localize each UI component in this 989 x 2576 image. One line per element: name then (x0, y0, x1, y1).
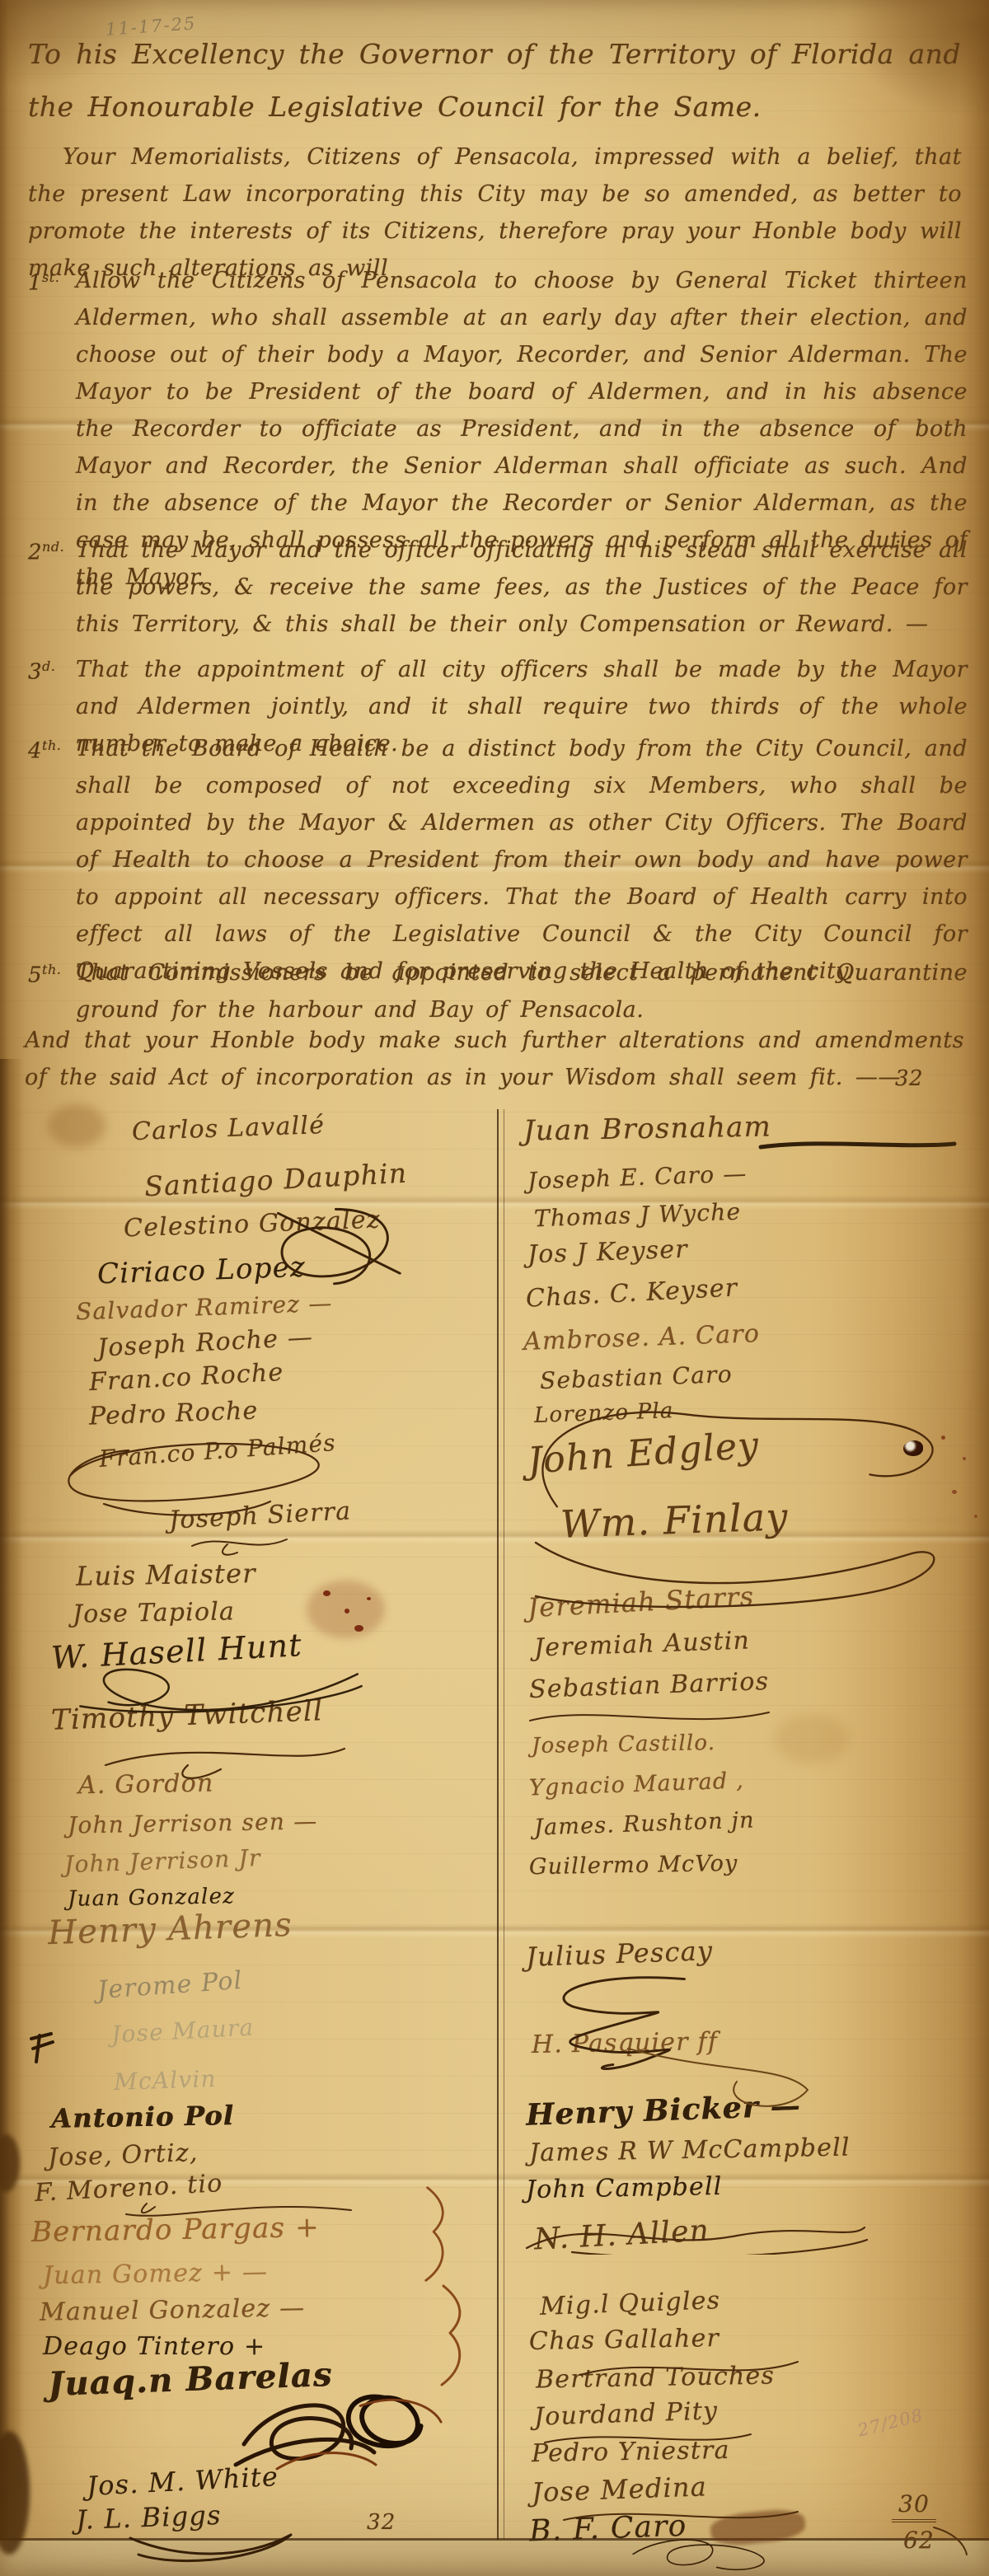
signature: Joseph E. Caro — (527, 1159, 748, 1194)
signature: James R W McCampbell (529, 2133, 851, 2168)
article-3-number: 3d. (28, 648, 55, 691)
right-column-tally: 30 (892, 2490, 936, 2522)
article-1-number: 1st. (28, 259, 59, 302)
stain (48, 1104, 105, 1147)
signature: Juan Gomez + — (43, 2258, 269, 2291)
signature: Jourdand Pity (533, 2396, 718, 2432)
article-5-text: That Commissioners be appointed to selec… (76, 960, 968, 1023)
signature: John Campbell (526, 2172, 723, 2204)
signature: Jerome Pol (96, 1966, 244, 2005)
backing-surface (0, 2541, 989, 2576)
signature: Jeremiah Austin (533, 1626, 750, 1662)
signature: Juaq.n Barelas (47, 2355, 333, 2404)
document-page: 11-17-25 To his Excellency the Governor … (0, 0, 989, 2576)
signature: Sebastian Barrios (528, 1667, 769, 1704)
signature: Jos. M. White (86, 2461, 279, 2502)
stain (775, 1714, 849, 1763)
signature: John Jerrison Jr (63, 1844, 261, 1878)
article-2-text: That the Mayor and the officer officiati… (76, 537, 968, 637)
left-paper-edge (0, 0, 8, 1063)
document-heading: To his Excellency the Governor of the Te… (28, 28, 961, 133)
signature: Henry Bicker — (525, 2088, 801, 2133)
signature: Ciriaco Lopez (96, 1251, 306, 1291)
signature: Fran.co Roche (88, 1358, 284, 1397)
signature: Joseph Castillo. (532, 1731, 716, 1759)
signature-column-divider (497, 1109, 504, 2540)
signature: John Jerrison sen — (68, 1807, 318, 1838)
ink-blot (903, 1440, 923, 1456)
edge-stain (0, 2134, 20, 2192)
signature: Antonio Pol (51, 2100, 235, 2134)
signature: Ambrose. A. Caro (523, 1319, 760, 1356)
signature: Celestino Gonzalez (123, 1206, 381, 1244)
signature: Bertrand Touches (536, 2361, 776, 2394)
signature: McAlvin (113, 2065, 217, 2096)
flourish (526, 1703, 773, 1734)
signature: B. F. Caro (528, 2509, 687, 2549)
signature: John Edgley (527, 1424, 761, 1482)
signature: Joseph Roche — (96, 1323, 314, 1363)
page-count-annotation: 32 (895, 1066, 923, 1091)
signature: Fran.co P.o Palmés (98, 1429, 337, 1473)
article-4-text: That the Board of Health be a distinct b… (76, 736, 968, 984)
signature: H. Pasquier ff (532, 2027, 719, 2059)
margin-mark (28, 2032, 56, 2065)
signature: N. H. Allen (533, 2213, 710, 2256)
signature: Jeremiah Starrs (527, 1581, 755, 1623)
signature: Bernardo Pargas + (31, 2211, 321, 2249)
signature: Salvador Ramirez — (76, 1290, 334, 1326)
signature: Sebastian Caro (539, 1361, 733, 1394)
flourish (757, 1137, 959, 1154)
signature: F. Moreno. tio (34, 2169, 223, 2208)
left-paper-edge (0, 1059, 25, 2542)
closing-paragraph: And that your Honble body make such furt… (25, 1022, 964, 1096)
left-column-tally: 32 (367, 2510, 396, 2535)
signature: A. Gordon (78, 1769, 214, 1801)
signature: Jose Tapiola (73, 1597, 236, 1628)
article-5-number: 5th. (28, 951, 61, 995)
signature: Henry Ahrens (47, 1906, 293, 1952)
article-2-number: 2nd. (28, 528, 64, 572)
signature: Julius Pescay (525, 1935, 713, 1973)
article-5: 5th. That Commissioners be appointed to … (76, 954, 968, 1028)
signature: Thomas J Wyche (534, 1198, 742, 1233)
signature: J. L. Biggs (75, 2499, 222, 2536)
signature: Deago Tintero + (43, 2332, 265, 2361)
signature: Juan Gonzalez (68, 1884, 236, 1912)
signature: Pedro Yniestra (532, 2436, 730, 2468)
signature: Joseph Sierra (168, 1496, 352, 1535)
signature: Manuel Gonzalez — (40, 2293, 306, 2327)
signature: Pedro Roche (88, 1396, 259, 1431)
signature: Jos J Keyser (527, 1235, 688, 1270)
signature: Timothy Twitchell (50, 1694, 323, 1736)
flourish (188, 1531, 291, 1557)
signature: W. Hasell Hunt (50, 1627, 303, 1676)
signature: Chas Gallaher (529, 2324, 720, 2356)
signature: Mig.l Quigles (539, 2286, 720, 2321)
signature: Wm. Finlay (560, 1494, 789, 1547)
signature: Carlos Lavallé (131, 1111, 325, 1146)
signature: Jose, Ortiz, (47, 2138, 199, 2172)
signature: Santiago Dauphin (143, 1157, 408, 1203)
total-tally: 62 (903, 2527, 935, 2554)
brace-mark (419, 2184, 452, 2284)
signature: Lorenzo Pla (534, 1398, 675, 1428)
article-2: 2nd. That the Mayor and the officer offi… (76, 532, 968, 643)
signature: James. Rushton jn (534, 1807, 756, 1840)
pencil-fraction-annotation: 27/208 (855, 2405, 925, 2441)
edge-stain (0, 2431, 30, 2555)
signature: Chas. C. Keyser (525, 1273, 738, 1313)
signature: Juan Brosnaham (523, 1110, 772, 1147)
signature: Jose Medina (531, 2471, 707, 2508)
signature: Luis Maister (76, 1557, 256, 1592)
article-4: 4th. That the Board of Health be a disti… (76, 730, 968, 990)
flourish (328, 2382, 445, 2471)
signature: Jose Maura (110, 2013, 255, 2048)
brace-mark (435, 2274, 468, 2396)
signature: Ygnacio Maurad , (529, 1768, 745, 1801)
signature: Guillermo McVoy (529, 1851, 738, 1880)
article-4-number: 4th. (28, 727, 61, 770)
fold-crease (0, 1529, 989, 1544)
